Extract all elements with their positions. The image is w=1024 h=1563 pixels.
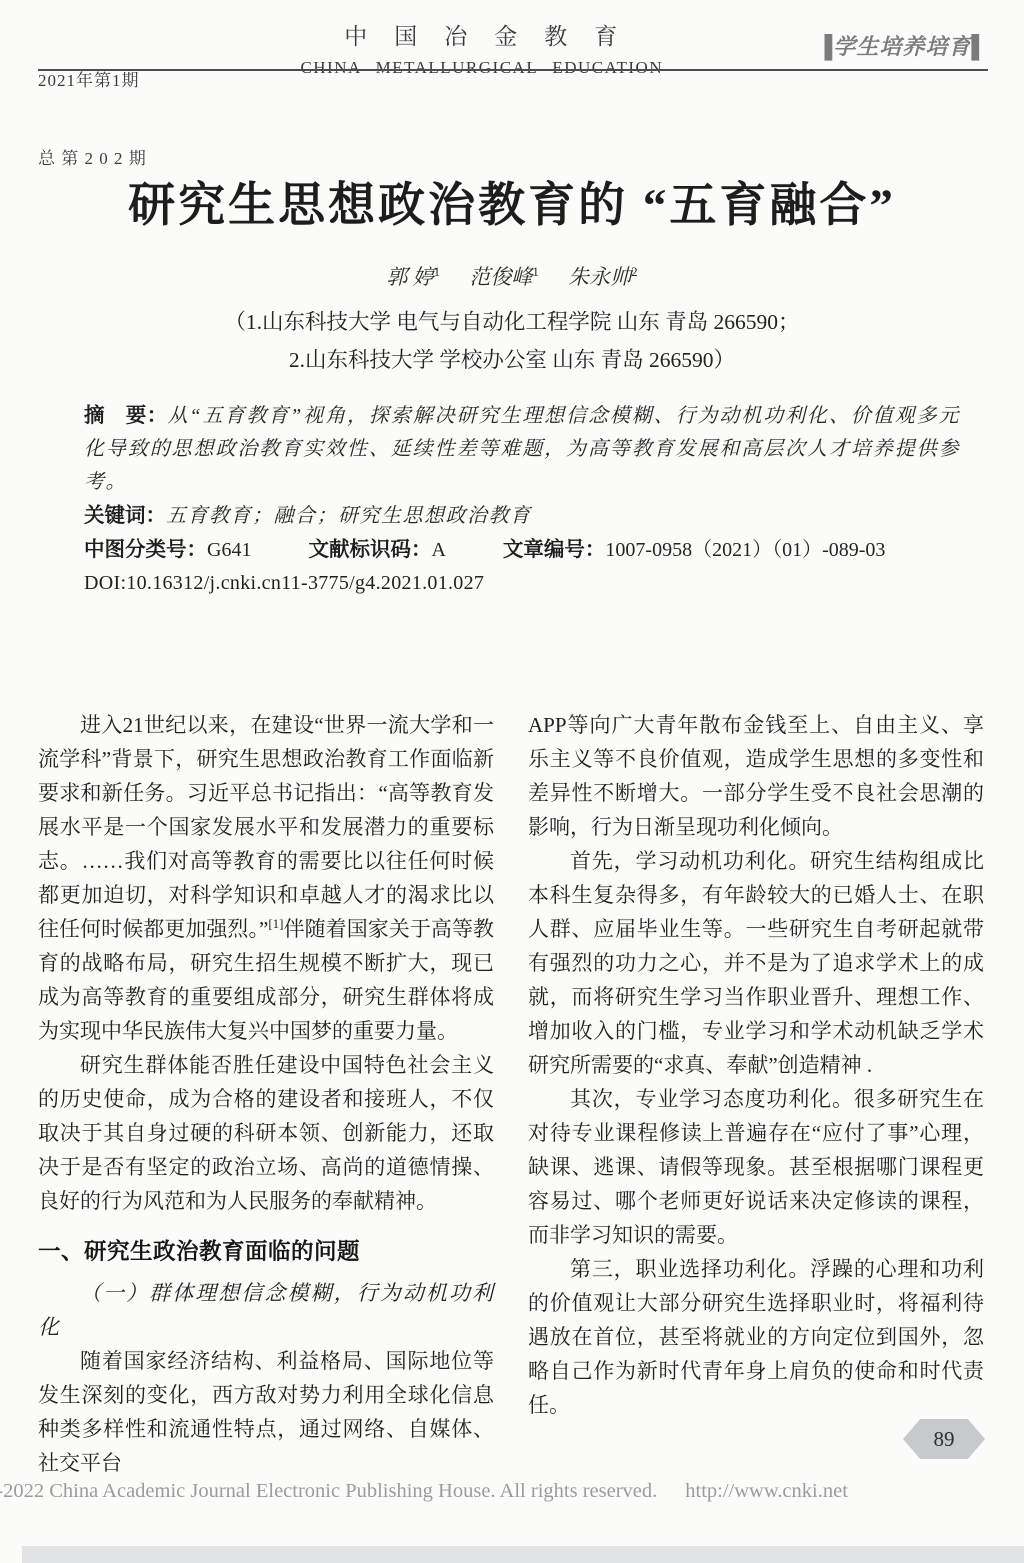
affiliations: （1.山东科技大学 电气与自动化工程学院 山东 青岛 266590； 2.山东科… [0,303,1024,379]
section-heading: 一、研究生政治教育面临的问题 [38,1235,494,1269]
page-number: 89 [934,1427,955,1452]
article-id-group: 文章编号：1007-0958（2021）（01）-089-03 [503,539,885,561]
section-tag-bar-right: ▌ [971,34,988,59]
author-name: 范俊峰 [469,265,532,289]
footer: 4-2022 China Academic Journal Electronic… [0,1480,848,1503]
journal-title-en: CHINA METALLURGICAL EDUCATION [147,58,817,78]
paragraph: 第三，职业选择功利化。浮躁的心理和功利的价值观让大部分研究生选择职业时，将福利待… [528,1252,984,1422]
journal-title-cn: 中 国 冶 金 教 育 [147,18,817,51]
keywords-label: 关键词： [84,504,166,527]
article-body: 进入21世纪以来，在建设“世界一流大学和一流学科”背景下，研究生思想政治教育工作… [38,708,984,1480]
paragraph: 首先，学习动机功利化。研究生结构组成比本科生复杂得多，有年龄较大的已婚人士、在职… [528,844,984,1082]
abstract: 摘 要：从“五育教育”视角，探索解决研究生理想信念模糊、行为动机功利化、价值观多… [84,399,960,499]
section-tag-bar-left: ▐ [817,34,834,59]
doi-text: DOI:10.16312/j.cnki.cn11-3775/g4.2021.01… [84,567,960,600]
issue-line1: 2021年第1期 [38,68,147,94]
paragraph: 进入21世纪以来，在建设“世界一流大学和一流学科”背景下，研究生思想政治教育工作… [38,708,494,1048]
paragraph: APP等向广大青年散布金钱至上、自由主义、享乐主义等不良价值观，造成学生思想的多… [528,708,984,844]
abstract-label: 摘 要： [84,404,168,427]
classification-line: 中图分类号：G641 文献标识码：A 文章编号：1007-0958（2021）（… [84,533,960,567]
clc-label: 中图分类号： [84,538,207,561]
author: 朱永帅2 [568,265,638,289]
footer-url: http://www.cnki.net [685,1480,848,1502]
keywords-text: 五育教育；融合；研究生思想政治教育 [166,505,532,527]
author-name: 郭 婷 [386,265,433,289]
article-id-label: 文章编号： [503,538,606,561]
column-right: APP等向广大青年散布金钱至上、自由主义、享乐主义等不良价值观，造成学生思想的多… [528,708,984,1480]
author-affil-mark: 2 [631,264,638,279]
clc-value: G641 [207,539,251,561]
page-number-badge: 89 [903,1419,985,1459]
author-name: 朱永帅 [568,265,631,289]
paragraph-text: 进入21世纪以来，在建设“世界一流大学和一流学科”背景下，研究生思想政治教育工作… [38,713,494,941]
affiliation-line: （1.山东科技大学 电气与自动化工程学院 山东 青岛 266590； [0,303,1024,341]
bottom-scan-bar [22,1546,1024,1563]
doc-code-value: A [431,539,445,561]
section-tag-label: 学生培养培育 [833,34,971,59]
paragraph: 随着国家经济结构、利益格局、国际地位等发生深刻的变化，西方敌对势力利用全球化信息… [38,1344,494,1480]
section-tag: ▐学生培养培育▌ [817,30,988,61]
column-left: 进入21世纪以来，在建设“世界一流大学和一流学科”背景下，研究生思想政治教育工作… [38,708,494,1480]
author: 范俊峰1 [469,265,539,289]
doc-code-group: 文献标识码：A [308,539,445,561]
subsection-heading: （一）群体理想信念模糊，行为动机功利化 [38,1276,494,1344]
article-title: 研究生思想政治教育的 “五育融合” [0,168,1024,235]
reference-superscript: [1] [268,916,283,931]
author: 郭 婷1 [386,265,440,289]
authors-line: 郭 婷1 范俊峰1 朱永帅2 [0,261,1024,291]
article-meta: 摘 要：从“五育教育”视角，探索解决研究生理想信念模糊、行为动机功利化、价值观多… [84,399,960,600]
clc-group: 中图分类号：G641 [84,539,251,561]
footer-copyright: 4-2022 China Academic Journal Electronic… [0,1480,657,1502]
paragraph: 研究生群体能否胜任建设中国特色社会主义的历史使命，成为合格的建设者和接班人，不仅… [38,1048,494,1218]
author-affil-mark: 1 [532,264,539,279]
doc-code-label: 文献标识码： [308,538,431,561]
header-divider [38,69,988,71]
affiliation-line: 2.山东科技大学 学校办公室 山东 青岛 266590） [0,341,1024,379]
keywords: 关键词：五育教育；融合；研究生思想政治教育 [84,499,960,533]
author-affil-mark: 1 [434,264,441,279]
paragraph: 其次，专业学习态度功利化。很多研究生在对待专业课程修读上普遍存在“应付了事”心理… [528,1082,984,1252]
article-id-value: 1007-0958（2021）（01）-089-03 [605,539,885,561]
abstract-text: 从“五育教育”视角，探索解决研究生理想信念模糊、行为动机功利化、价值观多元化导致… [84,405,960,493]
